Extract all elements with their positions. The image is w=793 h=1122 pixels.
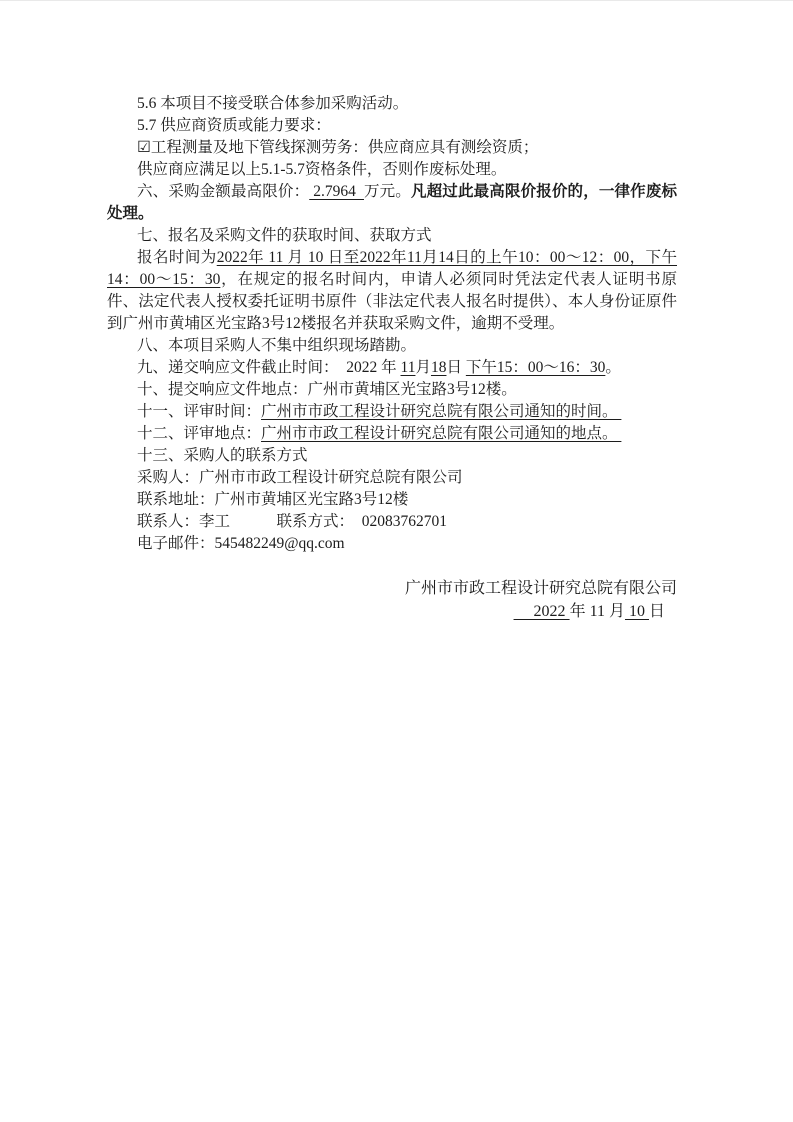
contact-address-line: 联系地址：广州市黄埔区光宝路3号12楼 xyxy=(107,489,677,511)
qualification-note: 供应商应满足以上5.1-5.7资格条件，否则作废标处理。 xyxy=(107,159,677,181)
text-run: 广州市市政工程设计研究总院有限公司通知的地点。 xyxy=(261,425,621,442)
text-run: 年 11 月 xyxy=(570,603,625,620)
text-run: 六、采购金额最高限价： xyxy=(137,183,309,200)
text-run: 11 xyxy=(401,359,416,376)
clause-8-site-visit: 八、本项目采购人不集中组织现场踏勘。 xyxy=(107,335,677,357)
text-run: 。 xyxy=(605,359,621,376)
paragraph-list: 5.6 本项目不接受联合体参加采购活动。5.7 供应商资质或能力要求：☑工程测量… xyxy=(107,93,677,555)
qualification-item: ☑工程测量及地下管线探测劳务：供应商应具有测绘资质； xyxy=(107,137,677,159)
clause-10-location: 十、提交响应文件地点：广州市黄埔区光宝路3号12楼。 xyxy=(107,379,677,401)
signature-block: 广州市市政工程设计研究总院有限公司 2022 年 11 月 10 日 xyxy=(107,577,677,623)
clause-7-heading: 七、报名及采购文件的获取时间、获取方式 xyxy=(107,225,677,247)
text-run: 5.7 供应商资质或能力要求： xyxy=(137,117,331,134)
text-run: 2.7964 xyxy=(309,183,364,200)
text-run: 联系地址：广州市黄埔区光宝路3号12楼 xyxy=(137,491,408,508)
text-run: 十二、评审地点： xyxy=(137,425,261,442)
clause-5-7: 5.7 供应商资质或能力要求： xyxy=(107,115,677,137)
clause-9-deadline: 九、递交响应文件截止时间： 2022 年 11月18日 下午15：00～16：3… xyxy=(107,357,677,379)
text-run: 2022 xyxy=(514,603,570,620)
document-page: 5.6 本项目不接受联合体参加采购活动。5.7 供应商资质或能力要求：☑工程测量… xyxy=(0,0,793,1122)
text-run: 电子邮件：545482249@qq.com xyxy=(137,535,345,552)
text-run: 月 xyxy=(415,359,431,376)
text-run: 万元。 xyxy=(364,183,411,200)
text-run: 九、递交响应文件截止时间： 2022 年 xyxy=(137,359,401,376)
checked-checkbox-icon: ☑ xyxy=(137,139,151,156)
contact-email-line: 电子邮件：545482249@qq.com xyxy=(107,533,677,555)
clause-13-heading: 十三、采购人的联系方式 xyxy=(107,445,677,467)
text-run: 采购人：广州市市政工程设计研究总院有限公司 xyxy=(137,469,463,486)
text-run: 下午15：00～16：30 xyxy=(466,359,606,376)
purchaser-line: 采购人：广州市市政工程设计研究总院有限公司 xyxy=(107,467,677,489)
text-run: 18 xyxy=(431,359,447,376)
text-run: 10 xyxy=(625,603,649,620)
text-run: 供应商应满足以上5.1-5.7资格条件，否则作废标处理。 xyxy=(137,161,506,178)
text-run: 十三、采购人的联系方式 xyxy=(137,447,308,464)
clause-5-6: 5.6 本项目不接受联合体参加采购活动。 xyxy=(107,93,677,115)
signature-date: 2022 年 11 月 10 日 xyxy=(107,600,677,623)
clause-7-body: 报名时间为2022年 11 月 10 日至2022年11月14日的上午10：00… xyxy=(107,247,677,335)
text-run: 报名时间为 xyxy=(137,249,217,266)
clause-12-review-place: 十二、评审地点：广州市市政工程设计研究总院有限公司通知的地点。 xyxy=(107,423,677,445)
text-run: 八、本项目采购人不集中组织现场踏勘。 xyxy=(137,337,416,354)
clause-6-price-cap: 六、采购金额最高限价： 2.7964 万元。凡超过此最高限价报价的，一律作废标处… xyxy=(107,181,677,225)
clause-11-review-time: 十一、评审时间：广州市市政工程设计研究总院有限公司通知的时间。 xyxy=(107,401,677,423)
text-run: 联系人：李工 联系方式： 02083762701 xyxy=(137,513,447,530)
text-run: 广州市市政工程设计研究总院有限公司通知的时间。 xyxy=(261,403,621,420)
text-run: 十一、评审时间： xyxy=(137,403,261,420)
text-run: 5.6 本项目不接受联合体参加采购活动。 xyxy=(137,95,408,112)
text-run: 工程测量及地下管线探测劳务：供应商应具有测绘资质； xyxy=(151,139,539,156)
text-run: 日 xyxy=(446,359,465,376)
text-run: 日 xyxy=(649,603,665,620)
text-run: 十、提交响应文件地点：广州市黄埔区光宝路3号12楼。 xyxy=(137,381,517,398)
contact-person-line: 联系人：李工 联系方式： 02083762701 xyxy=(107,511,677,533)
signature-company: 广州市市政工程设计研究总院有限公司 xyxy=(107,577,677,600)
text-run: 七、报名及采购文件的获取时间、获取方式 xyxy=(137,227,432,244)
document-body: 5.6 本项目不接受联合体参加采购活动。5.7 供应商资质或能力要求：☑工程测量… xyxy=(107,93,677,623)
